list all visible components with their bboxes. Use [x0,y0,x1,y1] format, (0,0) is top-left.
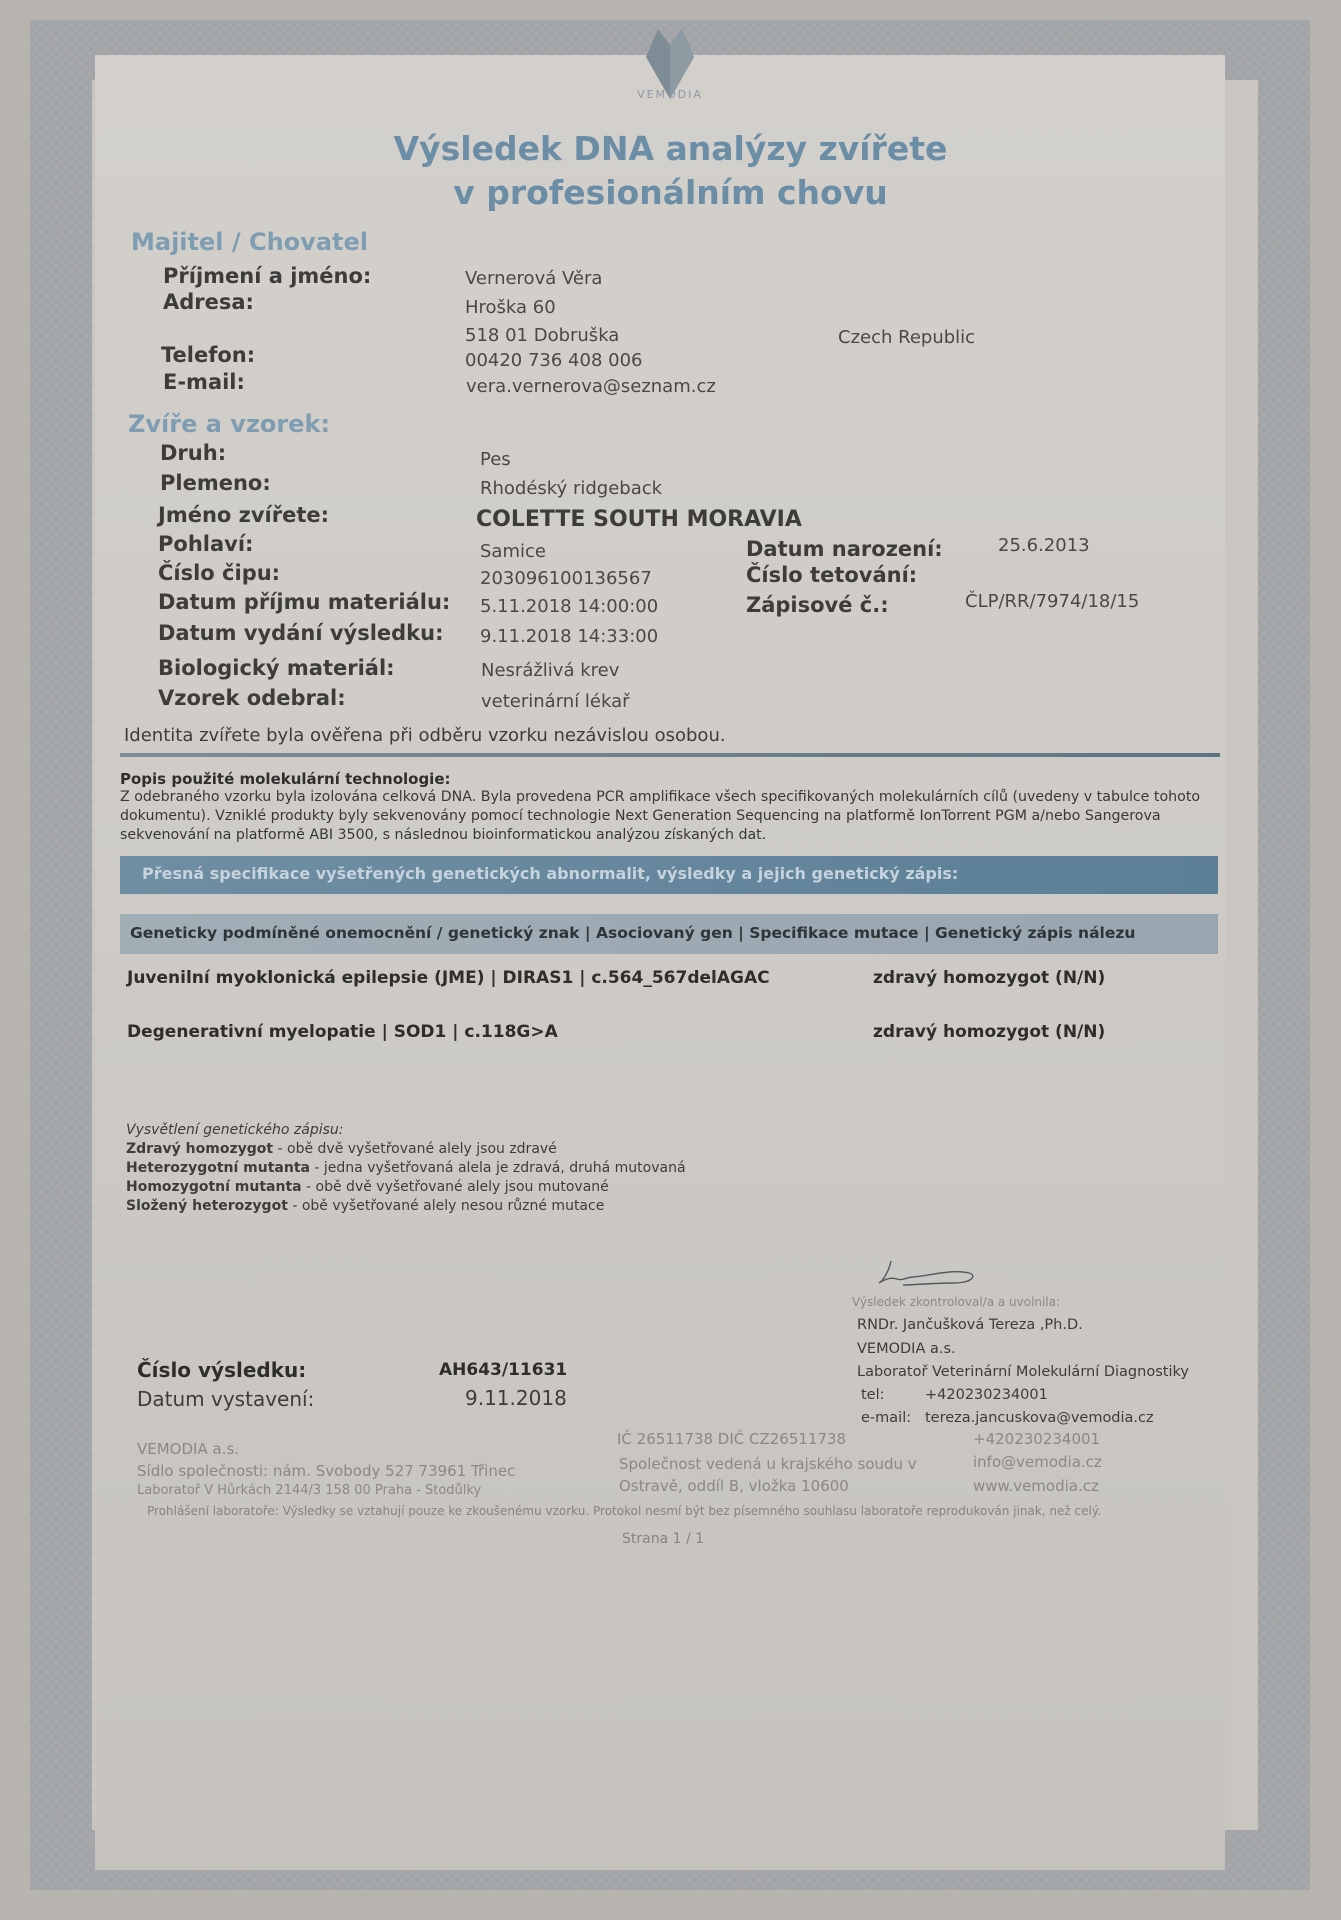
approver-name: RNDr. Jančušková Tereza ,Ph.D. [857,1317,1083,1333]
chip-value: 203096100136567 [480,568,652,589]
page-title-line2: v profesionálním chovu [0,172,1341,214]
approver-lab: Laboratoř Veterinární Molekulární Diagno… [857,1364,1189,1380]
document-page [95,55,1225,1870]
page-title-line1: Výsledek DNA analýzy zvířete [0,128,1341,170]
owner-address-line2: 518 01 Dobruška [465,325,619,346]
result-row-test: Degenerativní myelopatie | SOD1 | c.118G… [127,1022,558,1042]
footer-court-line2: Ostravě, oddíl B, vložka 10600 [619,1477,849,1495]
received-date-value: 5.11.2018 14:00:00 [480,596,658,617]
legend-item: Složený heterozygot - obě vyšetřované al… [126,1198,604,1214]
animal-name-label: Jméno zvířete: [158,503,329,527]
footer-ids: IČ 26511738 DIČ CZ26511738 [617,1430,846,1448]
approval-caption: Výsledek zkontroloval/a a uvolnila: [852,1295,1060,1309]
breed-value: Rhodéský ridgeback [480,478,662,499]
approver-email-label: e-mail: [861,1410,911,1426]
birth-date-label: Datum narození: [746,537,943,561]
chip-label: Číslo čipu: [158,561,280,585]
owner-name-label: Příjmení a jméno: [163,264,371,288]
material-value: Nesrážlivá krev [481,660,619,681]
results-table-header-text: Geneticky podmíněné onemocnění / genetic… [130,924,1135,942]
owner-phone-label: Telefon: [161,343,255,367]
birth-date-value: 25.6.2013 [998,535,1090,556]
sex-value: Samice [480,541,546,562]
approver-tel-value: +420230234001 [925,1387,1048,1403]
logo-text: VEMODIA [620,88,720,101]
footer-court-line1: Společnost vedená u krajského soudu v [619,1455,917,1473]
collector-label: Vzorek odebral: [158,686,346,710]
owner-heading: Majitel / Chovatel [131,228,368,256]
material-label: Biologický materiál: [158,656,395,680]
section-divider [120,753,1220,757]
animal-name-value: COLETTE SOUTH MORAVIA [476,507,802,532]
signature-icon [873,1255,983,1295]
animal-heading: Zvíře a vzorek: [128,410,330,438]
footer-lab-address: Laboratoř V Hůrkách 2144/3 158 00 Praha … [137,1483,481,1498]
issue-date-label: Datum vystavení: [137,1387,314,1411]
footer-seat: Sídlo společnosti: nám. Svobody 527 7396… [137,1462,515,1480]
legend-item: Zdravý homozygot - obě dvě vyšetřované a… [126,1141,557,1157]
technology-title: Popis použité molekulární technologie: [120,770,451,788]
collector-value: veterinární lékař [481,691,630,712]
approver-tel-label: tel: [861,1387,885,1403]
identity-note: Identita zvířete byla ověřena při odběru… [124,725,726,746]
lab-disclaimer: Prohlášení laboratoře: Výsledky se vztah… [147,1504,1101,1518]
tattoo-label: Číslo tetování: [746,563,917,587]
approver-company: VEMODIA a.s. [857,1341,956,1357]
legend-item: Homozygotní mutanta - obě dvě vyšetřovan… [126,1179,609,1195]
owner-email-value: vera.vernerova@seznam.cz [466,376,716,397]
breed-label: Plemeno: [160,471,271,495]
result-row-value: zdravý homozygot (N/N) [873,1022,1105,1042]
approver-email-value: tereza.jancuskova@vemodia.cz [925,1410,1154,1426]
issued-date-value: 9.11.2018 14:33:00 [480,626,658,647]
registry-number-label: Zápisové č.: [746,593,889,617]
sex-label: Pohlaví: [158,532,253,556]
owner-name-value: Vernerová Věra [465,268,602,289]
owner-country: Czech Republic [838,327,975,348]
page-number: Strana 1 / 1 [622,1531,704,1547]
issue-date-value: 9.11.2018 [465,1386,567,1410]
legend-item: Heterozygotní mutanta - jedna vyšetřovan… [126,1160,686,1176]
legend-title: Vysvětlení genetického zápisu: [126,1122,344,1138]
species-value: Pes [480,449,511,470]
footer-phone: +420230234001 [973,1430,1100,1448]
owner-address-line1: Hroška 60 [465,297,556,318]
issued-date-label: Datum vydání výsledku: [158,621,444,645]
received-date-label: Datum příjmu materiálu: [158,590,450,614]
owner-phone-value: 00420 736 408 006 [465,350,643,371]
footer-web: www.vemodia.cz [973,1477,1099,1495]
result-number-label: Číslo výsledku: [137,1358,306,1382]
result-row-test: Juvenilní myoklonická epilepsie (JME) | … [127,968,770,988]
result-number-value: AH643/11631 [439,1360,567,1380]
registry-number-value: ČLP/RR/7974/18/15 [965,591,1139,612]
footer-email: info@vemodia.cz [973,1453,1102,1471]
owner-email-label: E-mail: [163,370,245,394]
technology-description: Z odebraného vzorku byla izolována celko… [120,788,1220,845]
species-label: Druh: [160,441,226,465]
owner-address-label: Adresa: [163,290,254,314]
results-band-title: Přesná specifikace vyšetřených genetický… [142,864,958,883]
footer-company: VEMODIA a.s. [137,1440,239,1458]
result-row-value: zdravý homozygot (N/N) [873,968,1105,988]
